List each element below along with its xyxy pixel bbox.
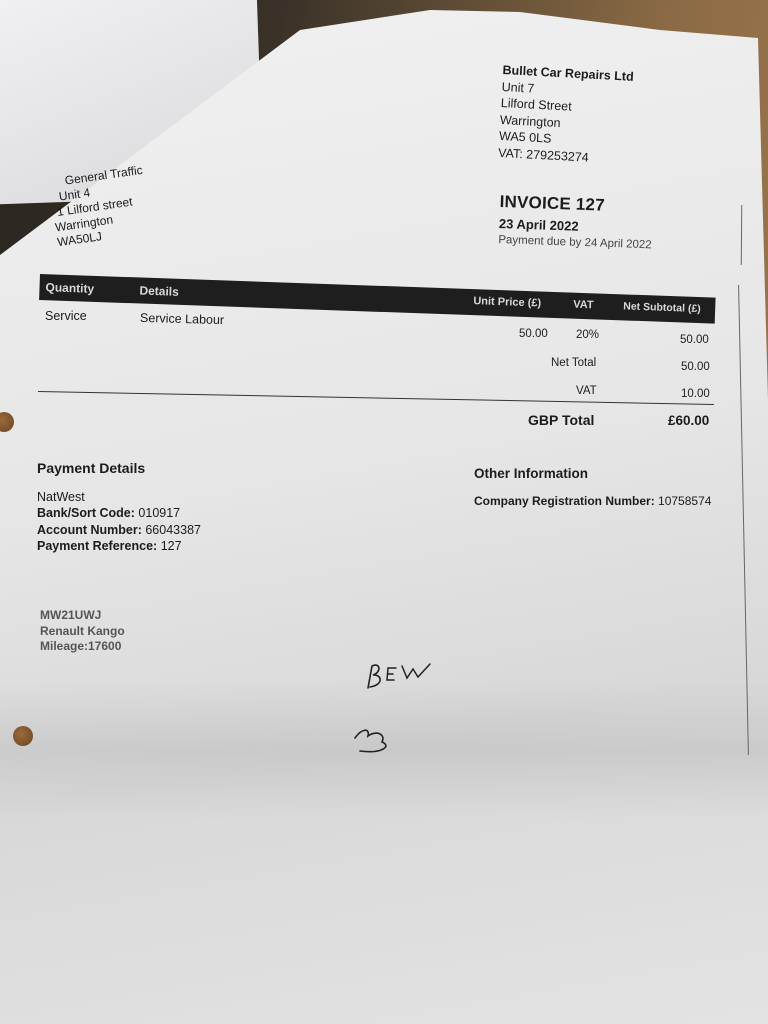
sort-code-value: 010917: [138, 506, 180, 520]
registration-label: Company Registration Number:: [474, 494, 655, 508]
margin-line: [741, 205, 743, 265]
vehicle-model: Renault Kango: [40, 624, 125, 640]
gbp-total-value: £60.00: [668, 413, 709, 428]
vat-total-label: VAT: [576, 385, 597, 397]
binder-hole: [13, 726, 33, 746]
row-details: Service Labour: [140, 311, 224, 327]
account-value: 66043387: [145, 523, 201, 537]
reference-label: Payment Reference:: [37, 539, 157, 553]
invoice-due-date: Payment due by 24 April 2022: [498, 234, 652, 251]
other-information: Other Information Company Registration N…: [474, 466, 711, 508]
invoice-title: INVOICE 127: [499, 192, 653, 217]
vat-total-value: 10.00: [681, 388, 710, 400]
sort-code-label: Bank/Sort Code:: [37, 506, 135, 520]
binder-hole: [0, 412, 14, 432]
margin-line: [738, 285, 749, 755]
net-total-label: Net Total: [551, 357, 596, 369]
company-address-block: Bullet Car Repairs Ltd Unit 7 Lilford St…: [498, 62, 634, 168]
gbp-total-label: GBP Total: [528, 412, 594, 428]
header-quantity: Quantity: [45, 280, 94, 296]
header-unit-price: Unit Price (£): [473, 295, 541, 309]
account-label: Account Number:: [37, 523, 142, 537]
header-net-subtotal: Net Subtotal (£): [623, 300, 701, 315]
invoice-date: 23 April 2022: [499, 216, 653, 236]
vehicle-info: MW21UWJ Renault Kango Mileage:17600: [40, 608, 125, 655]
company-registration-line: Company Registration Number: 10758574: [474, 494, 711, 508]
net-total-value: 50.00: [681, 361, 710, 373]
row-quantity: Service: [45, 309, 87, 323]
bank-name: NatWest: [37, 489, 201, 506]
client-address-block: General Traffic Unit 4 1 Lilford street …: [48, 163, 152, 250]
reference-value: 127: [161, 539, 182, 553]
invoice-header: INVOICE 127 23 April 2022 Payment due by…: [498, 192, 653, 251]
other-information-heading: Other Information: [474, 466, 711, 481]
invoice-content: Bullet Car Repairs Ltd Unit 7 Lilford St…: [0, 0, 768, 1024]
row-unit-price: 50.00: [519, 328, 548, 340]
header-vat: VAT: [573, 299, 594, 312]
reference-line: Payment Reference: 127: [37, 538, 201, 555]
row-vat: 20%: [576, 329, 599, 341]
payment-details: Payment Details NatWest Bank/Sort Code: …: [37, 460, 201, 555]
row-net-subtotal: 50.00: [680, 334, 709, 346]
handwritten-initials: [360, 660, 440, 695]
account-line: Account Number: 66043387: [37, 522, 201, 539]
sort-code-line: Bank/Sort Code: 010917: [37, 505, 201, 522]
totals-divider: [38, 391, 714, 405]
vehicle-mileage: Mileage:17600: [40, 639, 125, 655]
registration-number: 10758574: [658, 494, 711, 508]
handwritten-mark: [352, 724, 398, 756]
payment-details-heading: Payment Details: [37, 460, 201, 477]
header-details: Details: [139, 283, 179, 298]
vehicle-registration: MW21UWJ: [40, 608, 125, 624]
